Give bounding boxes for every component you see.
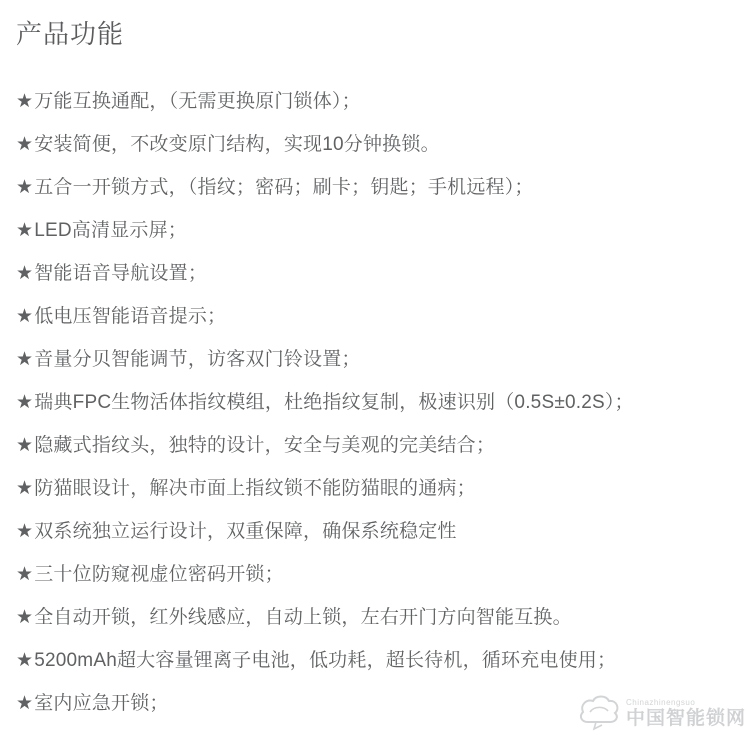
feature-text: 安装简便，不改变原门结构，实现10分钟换锁。 [34, 134, 440, 155]
watermark-subtext: Chinazhinengsuo [626, 699, 746, 707]
star-bullet-icon: ★ [16, 349, 33, 370]
feature-text: 万能互换通配，（无需更换原门锁体）； [34, 91, 361, 112]
star-bullet-icon: ★ [16, 392, 33, 413]
feature-item: ★LED高清显示屏； [16, 221, 740, 241]
feature-text: LED高清显示屏； [34, 220, 187, 241]
feature-item: ★五合一开锁方式，（指纹；密码；刷卡；钥匙；手机远程）； [16, 178, 740, 198]
feature-text: 双系统独立运行设计，双重保障，确保系统稳定性 [34, 521, 456, 542]
feature-text: 智能语音导航设置； [34, 263, 207, 284]
feature-text: 室内应急开锁； [34, 693, 168, 714]
cloud-logo-icon [576, 692, 622, 734]
watermark-text: 中国智能锁网 [626, 709, 746, 728]
star-bullet-icon: ★ [16, 650, 33, 671]
feature-item: ★隐藏式指纹头，独特的设计，安全与美观的完美结合； [16, 436, 740, 456]
feature-text: 防猫眼设计，解决市面上指纹锁不能防猫眼的通病； [34, 478, 476, 499]
feature-item: ★低电压智能语音提示； [16, 307, 740, 327]
star-bullet-icon: ★ [16, 177, 33, 198]
feature-text: 5200mAh超大容量锂离子电池，低功耗，超长待机，循环充电使用； [34, 650, 616, 671]
feature-text: 隐藏式指纹头，独特的设计，安全与美观的完美结合； [34, 435, 495, 456]
star-bullet-icon: ★ [16, 693, 33, 714]
page-title: 产品功能 [16, 14, 124, 51]
feature-text: 低电压智能语音提示； [34, 306, 226, 327]
feature-item: ★音量分贝智能调节，访客双门铃设置； [16, 350, 740, 370]
feature-item: ★万能互换通配，（无需更换原门锁体）； [16, 92, 740, 112]
watermark-text-block: Chinazhinengsuo 中国智能锁网 [626, 699, 746, 728]
feature-text: 音量分贝智能调节，访客双门铃设置； [34, 349, 360, 370]
star-bullet-icon: ★ [16, 521, 33, 542]
feature-item: ★5200mAh超大容量锂离子电池，低功耗，超长待机，循环充电使用； [16, 651, 740, 671]
feature-item: ★双系统独立运行设计，双重保障，确保系统稳定性 [16, 522, 740, 542]
feature-item: ★安装简便，不改变原门结构，实现10分钟换锁。 [16, 135, 740, 155]
star-bullet-icon: ★ [16, 607, 33, 628]
star-bullet-icon: ★ [16, 306, 33, 327]
star-bullet-icon: ★ [16, 263, 33, 284]
star-bullet-icon: ★ [16, 478, 33, 499]
star-bullet-icon: ★ [16, 435, 33, 456]
star-bullet-icon: ★ [16, 91, 33, 112]
watermark: Chinazhinengsuo 中国智能锁网 [576, 692, 746, 734]
star-bullet-icon: ★ [16, 564, 33, 585]
product-features-section: 产品功能 ★万能互换通配，（无需更换原门锁体）； ★安装简便，不改变原门结构，实… [0, 0, 750, 750]
feature-item: ★瑞典FPC生物活体指纹模组，杜绝指纹复制，极速识别（0.5S±0.2S）； [16, 393, 740, 413]
feature-item: ★智能语音导航设置； [16, 264, 740, 284]
feature-text: 三十位防窥视虚位密码开锁； [34, 564, 284, 585]
feature-text: 瑞典FPC生物活体指纹模组，杜绝指纹复制，极速识别（0.5S±0.2S）； [34, 392, 634, 413]
star-bullet-icon: ★ [16, 134, 33, 155]
feature-item: ★防猫眼设计，解决市面上指纹锁不能防猫眼的通病； [16, 479, 740, 499]
feature-text: 五合一开锁方式，（指纹；密码；刷卡；钥匙；手机远程）； [34, 177, 533, 198]
feature-item: ★全自动开锁，红外线感应，自动上锁，左右开门方向智能互换。 [16, 608, 740, 628]
feature-text: 全自动开锁，红外线感应，自动上锁，左右开门方向智能互换。 [34, 607, 572, 628]
feature-list: ★万能互换通配，（无需更换原门锁体）； ★安装简便，不改变原门结构，实现10分钟… [16, 92, 740, 737]
feature-item: ★三十位防窥视虚位密码开锁； [16, 565, 740, 585]
star-bullet-icon: ★ [16, 220, 33, 241]
